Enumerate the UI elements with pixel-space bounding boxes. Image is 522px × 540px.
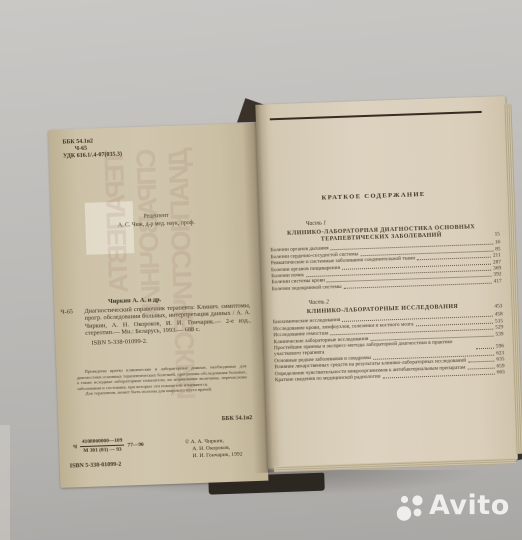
classification-codes: ББК 54.1я2 Ч-65 УДК 616.1/.4-07(035.3) xyxy=(62,138,122,161)
copyright-line: И. И. Гончарик, 1992 xyxy=(192,451,242,460)
toc-header: КРАТКОЕ СОДЕРЖАНИЕ xyxy=(259,189,489,204)
toc-dot-leader xyxy=(382,374,494,379)
bibliography-text: Диагностический справочник терапевта: Кл… xyxy=(84,302,251,338)
toc-entry-page-number: 539 xyxy=(495,331,503,338)
bbk-code-right: ББК 54.1я2 xyxy=(222,415,253,422)
header-rule xyxy=(270,111,482,120)
section-page-number: 15 xyxy=(495,232,501,238)
publication-code: Ч 4108060000—109 М 301 (03) — 93 77—90 xyxy=(73,437,144,454)
background-wall-strip xyxy=(0,425,10,540)
toc-rows: Биохимические исследования458Исследовани… xyxy=(273,312,505,384)
annotation: Приведены кратко клинические и лаборатор… xyxy=(76,363,247,396)
left-page: ДИАГНОСТИЧЕСКИЙ СПРАВОЧНИК ТЕРАПЕВТА ББК… xyxy=(48,123,268,488)
toc-rows: Болезни органов дыхания16Болезни сердечн… xyxy=(270,240,501,293)
bibliographic-entry: Чиркин А. А. и др. Ч-65 Диагностический … xyxy=(60,293,252,348)
section-page-number: 453 xyxy=(494,304,502,310)
toc-section-1: Часть 1 КЛИНИКО-ЛАБОРАТОРНАЯ ДИАГНОСТИКА… xyxy=(269,214,501,292)
avito-watermark: Avito xyxy=(396,492,510,523)
isbn-bottom: ISBN 5-338-01099-2 xyxy=(70,462,122,470)
table-of-contents: Часть 1 КЛИНИКО-ЛАБОРАТОРНАЯ ДИАГНОСТИКА… xyxy=(269,214,504,383)
entry-catalog-code: Ч-65 xyxy=(60,308,85,339)
copyright-block: © А. А. Чиркин, А. Н. Окороков, И. И. Го… xyxy=(185,437,243,460)
toc-entry-page-number: 663 xyxy=(497,369,505,376)
code-denominator: М 301 (03) — 93 xyxy=(83,446,122,454)
open-book: ДИАГНОСТИЧЕСКИЙ СПРАВОЧНИК ТЕРАПЕВТА ББК… xyxy=(37,88,522,504)
toc-section-2: Часть 2 КЛИНИКО-ЛАБОРАТОРНЫЕ ИССЛЕДОВАНИ… xyxy=(272,294,505,384)
right-page: КРАТКОЕ СОДЕРЖАНИЕ Часть 1 КЛИНИКО-ЛАБОР… xyxy=(255,96,518,469)
toc-dot-leader xyxy=(476,348,494,350)
photo-background: ДИАГНОСТИЧЕСКИЙ СПРАВОЧНИК ТЕРАПЕВТА ББК… xyxy=(0,0,522,540)
toc-entry-page-number: 417 xyxy=(494,278,502,285)
code-prefix: Ч xyxy=(73,444,77,450)
code-suffix: 77—90 xyxy=(127,441,143,448)
avito-watermark-text: Avito xyxy=(429,490,510,521)
avito-logo-icon xyxy=(396,493,426,523)
